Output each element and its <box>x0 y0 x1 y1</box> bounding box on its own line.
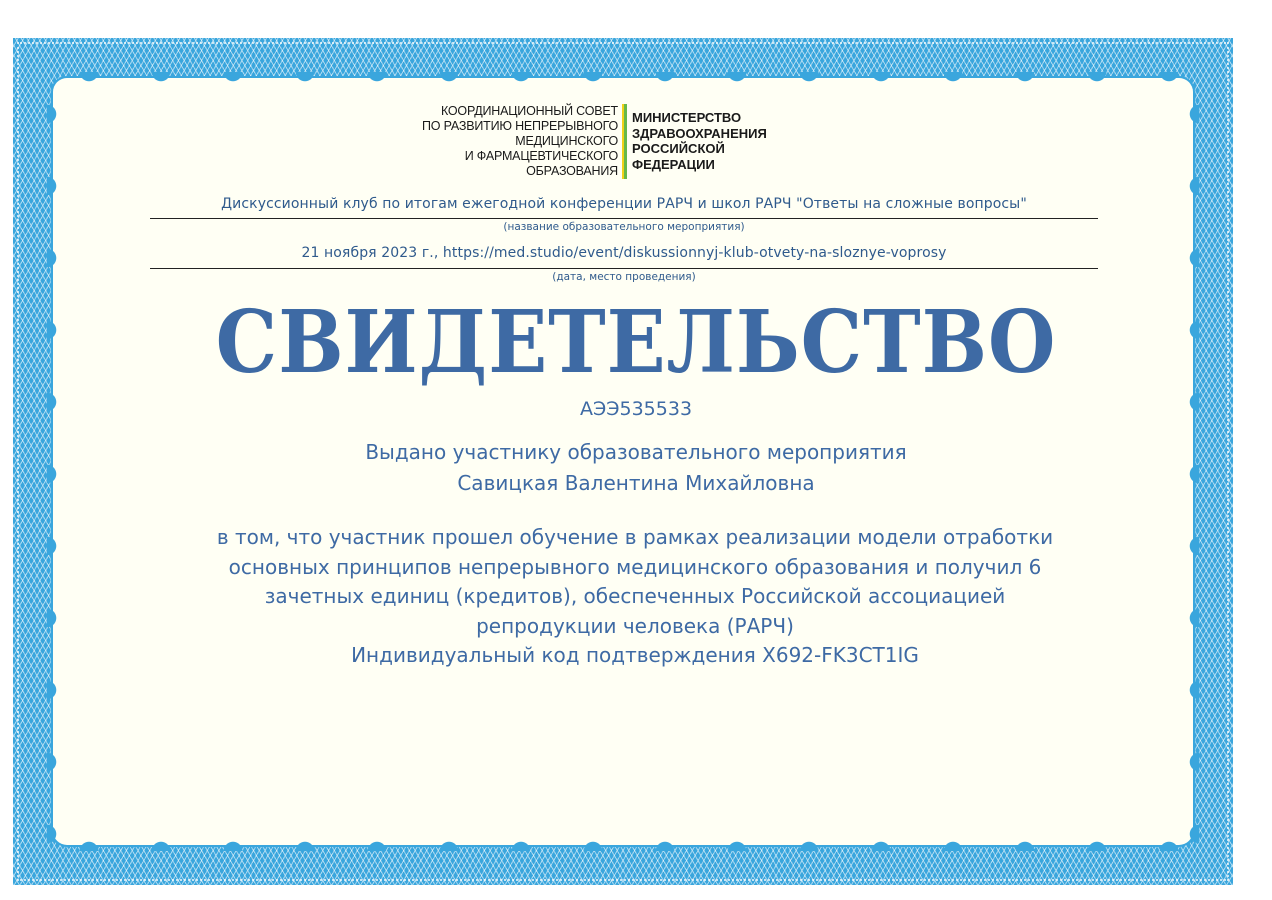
ministry-logo-text: МИНИСТЕРСТВО ЗДРАВООХРАНЕНИЯ РОССИЙСКОЙ … <box>627 104 767 179</box>
council-line: ПО РАЗВИТИЮ НЕПРЕРЫВНОГО <box>422 119 618 134</box>
description-line: в том, что участник прошел обучение в ра… <box>120 523 1150 553</box>
certificate-serial: АЭЭ535533 <box>0 398 1272 420</box>
council-line: ОБРАЗОВАНИЯ <box>422 164 618 179</box>
issued-to-label: Выдано участнику образовательного меропр… <box>0 440 1272 464</box>
certificate-title: СВИДЕТЕЛЬСТВО <box>64 292 1209 393</box>
logo-block: КООРДИНАЦИОННЫЙ СОВЕТ ПО РАЗВИТИЮ НЕПРЕР… <box>422 104 767 179</box>
description-line: зачетных единиц (кредитов), обеспеченных… <box>120 582 1150 612</box>
ministry-line: ФЕДЕРАЦИИ <box>632 157 767 173</box>
council-logo-text: КООРДИНАЦИОННЫЙ СОВЕТ ПО РАЗВИТИЮ НЕПРЕР… <box>422 104 622 179</box>
confirmation-code-line: Индивидуальный код подтверждения X692-FK… <box>120 641 1150 671</box>
event-date-place: 21 ноября 2023 г., https://med.studio/ev… <box>150 245 1098 261</box>
certificate-description: в том, что участник прошел обучение в ра… <box>120 523 1150 671</box>
ministry-line: МИНИСТЕРСТВО <box>632 110 767 126</box>
council-line: И ФАРМАЦЕВТИЧЕСКОГО <box>422 149 618 164</box>
description-line: репродукции человека (РАРЧ) <box>120 612 1150 642</box>
ministry-line: ЗДРАВООХРАНЕНИЯ <box>632 126 767 142</box>
participant-name: Савицкая Валентина Михайловна <box>0 471 1272 495</box>
ministry-line: РОССИЙСКОЙ <box>632 141 767 157</box>
council-line: МЕДИЦИНСКОГО <box>422 134 618 149</box>
council-line: КООРДИНАЦИОННЫЙ СОВЕТ <box>422 104 618 119</box>
description-line: основных принципов непрерывного медицинс… <box>120 553 1150 583</box>
event-name-underline <box>150 218 1098 219</box>
event-date-caption: (дата, место проведения) <box>150 271 1098 283</box>
event-date-underline <box>150 268 1098 269</box>
event-name-caption: (название образовательного мероприятия) <box>150 221 1098 233</box>
certificate-content: КООРДИНАЦИОННЫЙ СОВЕТ ПО РАЗВИТИЮ НЕПРЕР… <box>0 0 1272 900</box>
event-name: Дискуссионный клуб по итогам ежегодной к… <box>150 196 1098 212</box>
